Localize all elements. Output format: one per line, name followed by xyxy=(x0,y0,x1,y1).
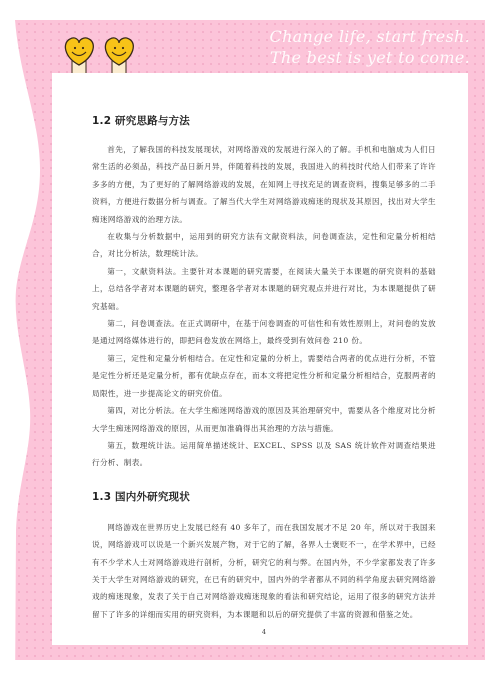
paragraph: 第二，问卷调查法。在正式调研中，在基于问卷调查的可信性和有效性原则上，对问卷的发… xyxy=(92,315,436,350)
page-number: 4 xyxy=(92,628,436,636)
slogan: Change life, start fresh. The best is ye… xyxy=(270,26,470,68)
paragraph: 第五，数理统计法。运用简单描述统计、EXCEL、SPSS 以及 SAS 统计软件… xyxy=(92,437,436,472)
slogan-line-1: Change life, start fresh. xyxy=(270,26,470,47)
section-title-1-2: 1.2 研究思路与方法 xyxy=(92,113,436,128)
paragraph: 第四，对比分析法。在大学生痴迷网络游戏的原因及其治理研究中，需要从各个维度对比分… xyxy=(92,402,436,437)
page-content: 1.2 研究思路与方法 首先，了解我国的科技发展现状，对网络游戏的发展进行深入的… xyxy=(92,113,436,636)
section-title-1-3: 1.3 国内外研究现状 xyxy=(92,489,436,504)
slogan-line-2: The best is yet to come. xyxy=(270,47,470,68)
paragraph: 第三，定性和定量分析相结合。在定性和定量的分析上，需要结合两者的优点进行分析，不… xyxy=(92,350,436,402)
paragraph: 在收集与分析数据中，运用到的研究方法有文献资料法，问卷调查法，定性和定量分析相结… xyxy=(92,228,436,263)
document-page: 1.2 研究思路与方法 首先，了解我国的科技发展现状，对网络游戏的发展进行深入的… xyxy=(52,73,468,645)
paragraph: 首先，了解我国的科技发展现状，对网络游戏的发展进行深入的了解。手机和电脑成为人们… xyxy=(92,141,436,228)
paragraph: 网络游戏在世界历史上发展已经有 40 多年了，而在我国发展才不足 20 年，所以… xyxy=(92,519,436,623)
paragraph: 第一，文献资料法。主要针对本课题的研究需要，在阅读大量关于本课题的研究资料的基础… xyxy=(92,263,436,315)
